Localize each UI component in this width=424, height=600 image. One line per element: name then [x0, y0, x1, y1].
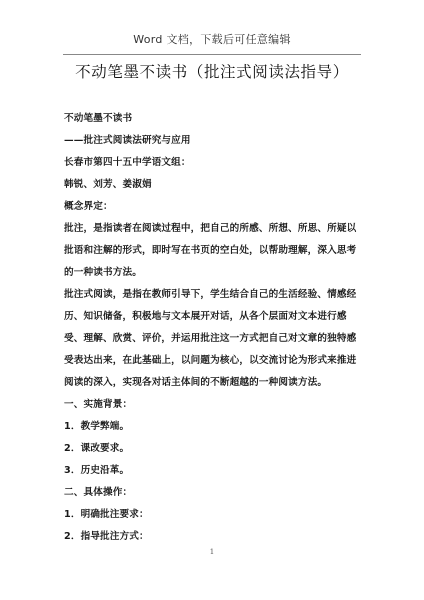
- list-item: 2．指导批注方式：: [64, 526, 364, 548]
- paragraph-line: 批注，是指读者在阅读过程中，把自己的所感、所想、所思、所疑以: [64, 218, 364, 240]
- paragraph-line: 历、知识储备，积极地与文本展开对话，从各个层面对文本进行感: [64, 306, 364, 328]
- section-heading-definition: 概念界定：: [64, 196, 364, 218]
- paragraph-line: 的一种读书方法。: [64, 262, 364, 284]
- list-item: 3．历史沿革。: [64, 460, 364, 482]
- page-header: Word 文档，下载后可任意编辑: [0, 31, 424, 47]
- header-divider: [63, 54, 361, 55]
- paragraph-line: 受表达出来，在此基础上，以问题为核心，以交流讨论为形式来推进: [64, 350, 364, 372]
- subtitle-dash-line: ——批注式阅读法研究与应用: [64, 130, 364, 152]
- paragraph-line: 批语和注解的形式，即时写在书页的空白处，以帮助理解，深入思考: [64, 240, 364, 262]
- paragraph-line: 受、理解、欣赏、评价，并运用批注这一方式把自己对文章的独特感: [64, 328, 364, 350]
- author-names-line: 韩锐、刘芳、姜淑娟: [64, 174, 364, 196]
- paragraph-line: 阅读的深入，实现各对话主体间的不断超越的一种阅读方法。: [64, 372, 364, 394]
- section-heading-background: 一、实施背景：: [64, 394, 364, 416]
- document-page: Word 文档，下载后可任意编辑 不动笔墨不读书（批注式阅读法指导） 不动笔墨不…: [0, 0, 424, 600]
- subtitle-line: 不动笔墨不读书: [64, 108, 364, 130]
- document-title: 不动笔墨不读书（批注式阅读法指导）: [0, 60, 424, 82]
- list-item: 1．明确批注要求：: [64, 504, 364, 526]
- author-group-line: 长春市第四十五中学语文组：: [64, 152, 364, 174]
- paragraph-line: 批注式阅读，是指在教师引导下，学生结合自己的生活经验、情感经: [64, 284, 364, 306]
- document-body: 不动笔墨不读书 ——批注式阅读法研究与应用 长春市第四十五中学语文组： 韩锐、刘…: [64, 108, 364, 548]
- list-item: 1．教学弊端。: [64, 416, 364, 438]
- section-heading-operation: 二、具体操作：: [64, 482, 364, 504]
- page-number: 1: [0, 548, 424, 556]
- list-item: 2．课改要求。: [64, 438, 364, 460]
